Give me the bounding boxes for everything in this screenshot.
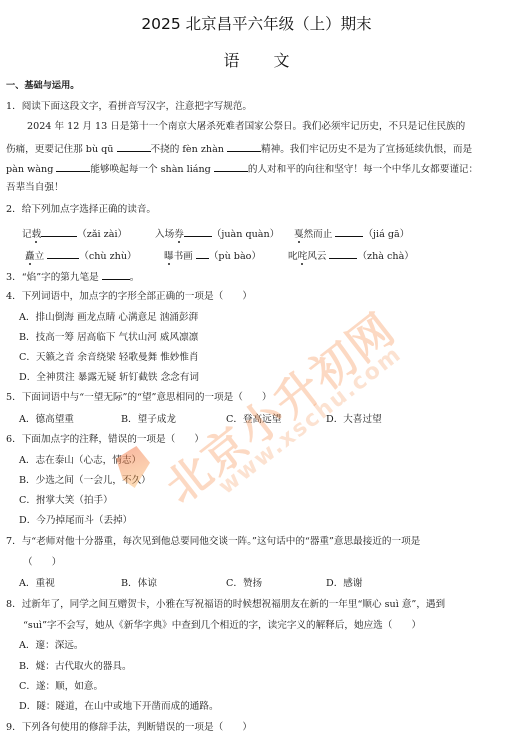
option-label: C．	[19, 352, 36, 363]
option-label: C．	[226, 578, 243, 589]
q2-dotted-char: 券	[174, 229, 184, 240]
q8-option-b[interactable]: B．燧：古代取火的器具。	[19, 661, 132, 673]
option-label: A．	[19, 312, 36, 323]
q2-blank-2[interactable]	[184, 227, 212, 237]
q3-text: 。	[130, 272, 140, 283]
option-text: 排山倒海 画龙点睛 心满意足 汹涌彭湃	[36, 312, 199, 323]
q2-dotted-char: 曝	[164, 251, 174, 262]
q2-blank-6[interactable]	[329, 249, 357, 259]
q2-word: 入场	[155, 229, 174, 240]
watermark: 北京小升初网 www.xschu.com	[120, 268, 440, 508]
option-text: 少选之间（一会儿，不久）	[36, 475, 151, 486]
option-text: 拊掌大笑（拍手）	[36, 495, 113, 506]
q8-option-a[interactable]: A．邃：深远。	[19, 640, 84, 652]
option-label: B．	[19, 332, 36, 343]
q2-word: 风云	[307, 251, 329, 262]
q1-passage-line2: 伤痛，更要记住那 bù qū 不挠的 fèn zhàn 精神。我们牢记历史不是为…	[6, 142, 472, 156]
option-text: 感谢	[343, 578, 362, 589]
q2-dotted-char: 载	[32, 229, 42, 240]
q1-text: 不挠的 fèn zhàn	[151, 144, 227, 155]
q2-pinyin: （chù zhù）	[79, 251, 136, 262]
option-text: 大喜过望	[343, 414, 381, 425]
q5-option-b[interactable]: B．望子成龙	[121, 414, 176, 426]
option-label: B．	[19, 661, 36, 672]
q1-blank-4[interactable]	[214, 162, 248, 172]
q3-blank[interactable]	[102, 270, 130, 280]
q1-blank-1[interactable]	[117, 142, 151, 152]
q7-option-b[interactable]: B．体谅	[121, 578, 157, 590]
q5-option-a[interactable]: A．德高望重	[19, 414, 74, 426]
option-text: 天籁之音 余音绕梁 轻歌曼舞 惟妙惟肖	[36, 352, 199, 363]
q7-answer-paren: （ ）	[23, 557, 61, 569]
option-label: A．	[19, 578, 36, 589]
option-text: 体谅	[138, 578, 157, 589]
q2-word: 立	[35, 251, 48, 262]
q3-text: 3．“焰”字的第九笔是	[6, 272, 102, 283]
option-text: 望子成龙	[138, 414, 176, 425]
q6-stem: 6．下面加点字的注释，错误的一项是（ ）	[6, 434, 204, 446]
q1-stem: 1．阅读下面这段文字，看拼音写汉字，注意把字写规范。	[6, 101, 252, 113]
option-label: C．	[19, 681, 36, 692]
q2-item: 入场券（juàn quàn）	[155, 227, 279, 241]
q1-text: 伤痛，更要记住那 bù qū	[6, 144, 117, 155]
q8-option-c[interactable]: C．遂：顺，如意。	[19, 681, 103, 693]
option-label: D．	[19, 515, 36, 526]
subject-heading: 语文	[0, 48, 513, 71]
option-label: A．	[19, 455, 36, 466]
q7-stem: 7．与“老师对他十分器重，每次见到他总要同他交谈一阵。”这句话中的“器重”意思最…	[6, 536, 420, 548]
subject-char-1: 语	[223, 48, 239, 71]
exam-title: 2025 北京昌平六年级（上）期末	[0, 12, 513, 34]
q2-item: 记载（zǎi zài）	[22, 227, 127, 241]
option-text: 重视	[36, 578, 55, 589]
option-text: 遂：顺，如意。	[36, 681, 103, 692]
option-label: B．	[121, 578, 138, 589]
option-text: 赞扬	[243, 578, 262, 589]
q2-pinyin: （pù bào）	[209, 251, 261, 262]
q7-option-d[interactable]: D．感谢	[326, 578, 362, 590]
q2-blank-1[interactable]	[41, 227, 77, 237]
q8-stem-line2: “suì”字不会写，她从《新华字典》中查到几个相近的字，读完字义的解释后，她应选…	[23, 620, 421, 632]
option-text: 今乃掉尾而斗（丢掉）	[36, 515, 132, 526]
q2-blank-3[interactable]	[335, 227, 363, 237]
q2-item: 曝书画 （pù bào）	[164, 249, 261, 263]
q2-stem: 2．给下列加点字选择正确的读音。	[6, 204, 156, 216]
q3-stem: 3．“焰”字的第九笔是 。	[6, 270, 139, 284]
q2-item: 叱咤风云 （zhà chà）	[288, 249, 414, 263]
option-text: 隧：隧道，在山中或地下开凿而成的通路。	[36, 701, 218, 712]
option-text: 德高望重	[36, 414, 74, 425]
q1-passage-line4: 吾辈当自强！	[6, 182, 64, 194]
q4-option-b[interactable]: B．技高一筹 居高临下 气状山河 威风凛凛	[19, 332, 198, 344]
q2-item: 戛然而止 （jiá gā）	[294, 227, 409, 241]
q2-dotted-char: 矗	[25, 251, 35, 262]
q7-option-a[interactable]: A．重视	[19, 578, 55, 590]
option-label: D．	[19, 701, 36, 712]
option-text: 燧：古代取火的器具。	[36, 661, 132, 672]
q4-option-c[interactable]: C．天籁之音 余音绕梁 轻歌曼舞 惟妙惟肖	[19, 352, 199, 364]
q6-option-a[interactable]: A．志在泰山（心志，情志）	[19, 455, 141, 467]
q1-blank-3[interactable]	[56, 162, 90, 172]
q8-option-d[interactable]: D．隧：隧道，在山中或地下开凿而成的通路。	[19, 701, 219, 713]
q1-passage-line3: pàn wàng 能够唤起每一个 shàn liáng 的人对和平的向往和坚守！…	[6, 162, 478, 176]
option-label: A．	[19, 640, 36, 651]
option-text: 邃：深远。	[36, 640, 84, 651]
q5-option-c[interactable]: C．登高远望	[226, 414, 281, 426]
q2-pinyin: （juàn quàn）	[212, 229, 280, 240]
option-text: 登高远望	[243, 414, 281, 425]
option-label: D．	[19, 372, 36, 383]
q2-word: 然而止	[304, 229, 336, 240]
q2-pinyin: （zǎi zài）	[77, 229, 127, 240]
q2-blank-5[interactable]	[196, 249, 209, 259]
subject-char-2: 文	[274, 48, 290, 71]
q2-dotted-char: 咤	[298, 251, 308, 262]
option-label: D．	[326, 414, 343, 425]
q5-option-d[interactable]: D．大喜过望	[326, 414, 382, 426]
q1-text: 能够唤起每一个 shàn liáng	[90, 164, 213, 175]
q2-word: 叱	[288, 251, 298, 262]
q5-stem: 5．下面词语中与“一望无际”的“望”意思相同的一项是（ ）	[6, 392, 272, 404]
exam-page: 2025 北京昌平六年级（上）期末 语文 一、基础与运用。 1．阅读下面这段文字…	[0, 0, 513, 746]
q2-pinyin: （jiá gā）	[363, 229, 409, 240]
option-label: D．	[326, 578, 343, 589]
q4-option-a[interactable]: A．排山倒海 画龙点睛 心满意足 汹涌彭湃	[19, 312, 198, 324]
option-label: A．	[19, 414, 36, 425]
q6-option-c[interactable]: C．拊掌大笑（拍手）	[19, 495, 113, 507]
q1-blank-2[interactable]	[227, 142, 261, 152]
q2-dotted-char: 戛	[294, 229, 304, 240]
option-label: B．	[19, 475, 36, 486]
option-label: B．	[121, 414, 138, 425]
q2-word: 书画	[174, 251, 196, 262]
option-label: C．	[19, 495, 36, 506]
q1-text: 精神。我们牢记历史不是为了宣扬延续仇恨，而是	[261, 144, 472, 155]
q6-option-d[interactable]: D．今乃掉尾而斗（丢掉）	[19, 515, 132, 527]
q7-option-c[interactable]: C．赞扬	[226, 578, 262, 590]
section-heading: 一、基础与运用。	[6, 80, 80, 92]
option-label: C．	[226, 414, 243, 425]
q2-item: 矗立 （chù zhù）	[25, 249, 137, 263]
q4-stem: 4．下列词语中，加点字的字形全部正确的一项是（ ）	[6, 291, 252, 303]
q1-text: 的人对和平的向往和坚守！每一个中华儿女都要谨记：	[248, 164, 478, 175]
q8-stem-line1: 8．过新年了，同学之间互赠贺卡，小雅在写祝福语的时候想祝福朋友在新的一年里“顺心…	[6, 599, 445, 611]
q1-passage-line1: 2024 年 12 月 13 日是第十一个南京大屠杀死难者国家公祭日。我们必须牢…	[27, 121, 465, 133]
q2-blank-4[interactable]	[47, 249, 79, 259]
option-text: 全神贯注 暴露无疑 斩钉截铁 念念有词	[36, 372, 199, 383]
q4-option-d[interactable]: D．全神贯注 暴露无疑 斩钉截铁 念念有词	[19, 372, 199, 384]
q6-option-b[interactable]: B．少选之间（一会儿，不久）	[19, 475, 151, 487]
q2-word: 记	[22, 229, 32, 240]
q1-text: pàn wàng	[6, 164, 56, 175]
q2-pinyin: （zhà chà）	[357, 251, 413, 262]
watermark-text: 北京小升初网	[150, 295, 407, 515]
option-text: 技高一筹 居高临下 气状山河 威风凛凛	[36, 332, 199, 343]
q9-stem: 9．下列各句使用的修辞手法，判断错误的一项是（ ）	[6, 722, 252, 734]
option-text: 志在泰山（心志，情志）	[36, 455, 142, 466]
